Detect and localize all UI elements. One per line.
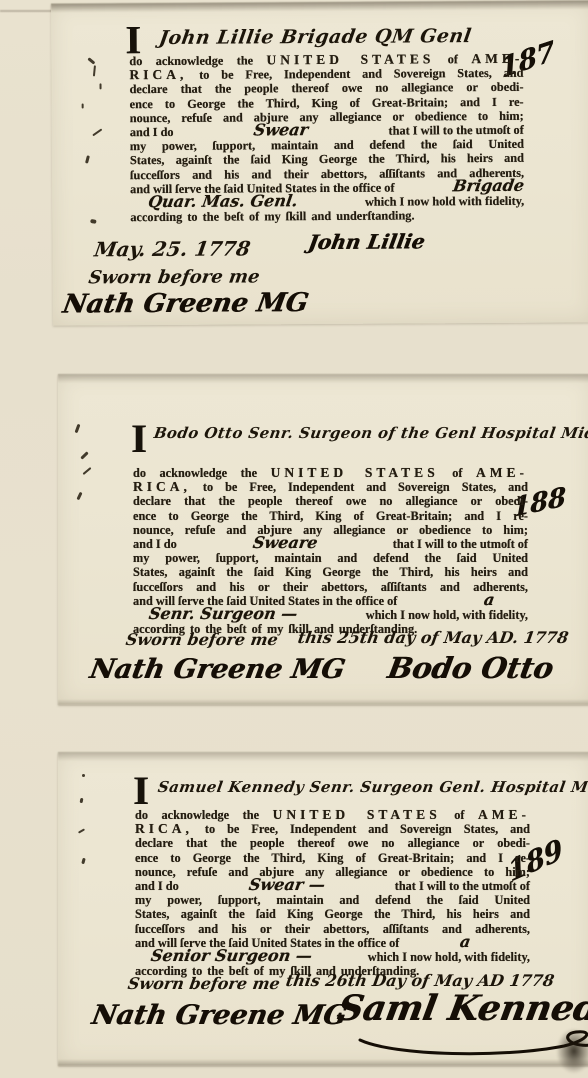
oath-taker-signature: Bodo Otto [385, 651, 556, 685]
print-text: UNITED STATES [273, 807, 441, 822]
print-text: RICA, [135, 821, 193, 836]
print-text: to be Free, Independent and Sovereign St… [203, 480, 528, 494]
paper-top-edge [58, 752, 588, 761]
print-line: States, againſt the ſaid King George the… [133, 565, 528, 579]
print-text: RICA, [133, 479, 191, 494]
print-text: do acknowledge the [133, 466, 257, 480]
print-text: which I now hold, with fidelity, [366, 608, 528, 622]
print-text: AME- [476, 465, 528, 480]
name-office-script: Bodo Otto Senr. Surgeon of the Genl Hosp… [153, 424, 588, 442]
print-line: my power, ſupport, maintain and defend t… [135, 893, 530, 907]
swear-word-script: Swear [253, 127, 308, 133]
printed-oath-text: do acknowledge the UNITED STATES of AME-… [135, 808, 530, 978]
print-text: do acknowledge the [135, 808, 259, 822]
ink-mark [82, 774, 85, 777]
office-script: a [459, 939, 470, 945]
oath-document-otto: 188 I Bodo Otto Senr. Surgeon of the Gen… [58, 374, 588, 705]
opening-initial: I [125, 25, 141, 55]
print-text: of [452, 466, 462, 480]
ink-mark [76, 492, 82, 501]
print-text: that I will to the utmoſt of [393, 537, 528, 551]
printed-oath-text: do acknowledge the UNITED STATES of AME-… [133, 466, 528, 636]
paper-bottom-edge [58, 699, 588, 705]
office-script: Brigade [453, 182, 525, 188]
print-line: ſucceſſors and his or their abettors, aſ… [133, 580, 528, 594]
opening-initial: I [133, 776, 149, 806]
swear-word-script: Sweare [252, 540, 317, 546]
print-line: Senior Surgeon —which I now hold, with f… [135, 950, 530, 964]
opening-initial: I [131, 424, 147, 454]
print-text: of [454, 808, 464, 822]
ink-mark [80, 451, 88, 459]
print-line: ence to George the Third, King of Great-… [135, 851, 530, 865]
ink-mark [80, 798, 84, 803]
name-office-script: John Lillie Brigade QM Genl [158, 25, 473, 49]
paper-bottom-edge [58, 1059, 588, 1066]
print-line: do acknowledge the UNITED STATES of AME- [133, 466, 528, 480]
print-line: RICA, to be Free, Independent and Sovere… [135, 822, 530, 836]
print-line: States, againſt the ſaid King George the… [135, 907, 530, 921]
oath-taker-signature: Saml Kennedy [334, 988, 588, 1029]
print-line: and I doSwearethat I will to the utmoſt … [133, 537, 528, 551]
print-text: AME- [478, 807, 530, 822]
office-script: a [483, 597, 494, 603]
oath-document-kennedy: 189 I Samuel Kennedy Senr. Surgeon Genl.… [58, 752, 588, 1066]
ink-mark [75, 424, 81, 433]
print-line: declare that the people thereof owe no a… [135, 836, 530, 850]
ink-mark [92, 128, 102, 136]
print-line: and I doSwear —that I will to the utmoſt… [135, 879, 530, 893]
ink-blotch [556, 1028, 588, 1074]
witness-signature: Nath Greene MG [60, 288, 310, 320]
ink-mark [93, 65, 96, 76]
print-text: to be Free, Independent and Sovereign St… [205, 822, 530, 836]
paper-top-edge [51, 0, 588, 12]
print-text: and I do [135, 879, 179, 893]
print-text: which I now hold with fidelity, [365, 194, 524, 209]
ink-mark [81, 858, 85, 865]
print-line: my power, ſupport, maintain and defend t… [133, 551, 528, 565]
ink-mark [85, 155, 90, 163]
office-script: Quar. Mas. Genl. [148, 198, 298, 205]
photograph-of-oath-documents: 187 I John Lillie Brigade QM Genl do ack… [0, 0, 588, 1078]
ink-mark [90, 219, 97, 224]
print-line: nounce, refuſe and abjure any allegiance… [133, 523, 528, 537]
print-line: ence to George the Third, King of Great-… [133, 509, 528, 523]
sworn-before-script: Sworn before me [126, 974, 281, 993]
print-text: that I will to the utmoſt of [395, 879, 530, 893]
print-text: which I now hold, with fidelity, [368, 950, 530, 964]
ink-mark [78, 828, 85, 833]
print-text: UNITED STATES [266, 51, 434, 67]
print-line: Senr. Surgeon —which I now hold, with fi… [133, 608, 528, 622]
print-text: AME- [471, 51, 523, 66]
ink-mark [87, 57, 95, 64]
ink-mark [100, 83, 102, 89]
office-script: Senior Surgeon — [151, 953, 313, 959]
print-text: RICA, [129, 67, 187, 82]
print-text: and I do [130, 125, 174, 139]
oath-document-lillie: 187 I John Lillie Brigade QM Genl do ack… [51, 0, 588, 325]
print-line: RICA, to be Free, Independent and Sovere… [133, 480, 528, 494]
date-script: May. 25. 1778 [93, 236, 252, 261]
ink-mark [83, 467, 92, 475]
print-text: that I will to the utmoſt of [388, 123, 523, 138]
swear-word-script: Swear — [248, 882, 325, 888]
print-line: declare that the people thereof owe no a… [133, 494, 528, 508]
sworn-before-script: Sworn before me [124, 630, 279, 649]
print-line: nounce, refuſe and abjure any allegiance… [135, 865, 530, 879]
print-line: Quar. Mas. Genl.which I now hold with fi… [130, 194, 524, 211]
print-text: do acknowledge the [129, 53, 253, 68]
print-line: do acknowledge the UNITED STATES of AME- [135, 808, 530, 822]
sworn-before-script: Sworn before me [87, 266, 261, 288]
office-script: Senr. Surgeon — [149, 611, 298, 617]
ink-mark [82, 103, 84, 108]
witness-signature: Nath Greene MG [87, 654, 347, 685]
sworn-date-script: this 25th day of May AD. 1778 [296, 628, 569, 647]
paper-top-edge [58, 374, 588, 383]
witness-signature: Nath Greene MG [89, 1000, 349, 1031]
print-text: of [448, 52, 458, 66]
oath-taker-signature: John Lillie [306, 229, 426, 254]
signature-flourish [354, 1026, 588, 1060]
printed-oath-text: do acknowledge the UNITED STATES of AME-… [129, 52, 524, 225]
print-text: UNITED STATES [271, 465, 439, 480]
print-text: and I do [133, 537, 177, 551]
name-office-script: Samuel Kennedy Senr. Surgeon Genl. Hospi… [157, 778, 588, 796]
